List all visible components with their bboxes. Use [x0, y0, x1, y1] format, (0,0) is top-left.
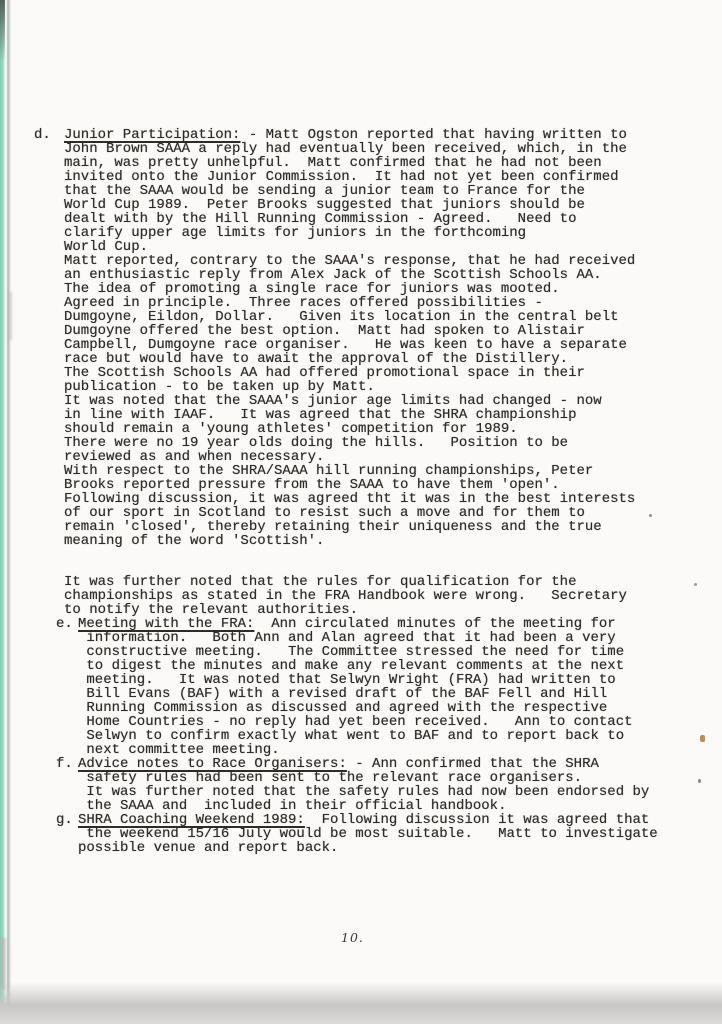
text-line: Agreed in principle. Three races offered… [64, 296, 635, 310]
item-f-lead-line: Advice notes to Race Organisers: - Ann c… [78, 757, 649, 771]
text-line: in line with IAAF. It was agreed that th… [64, 408, 635, 422]
minute-item-d: d. Junior Participation: - Matt Ogston r… [34, 128, 722, 548]
ink-speck [700, 735, 705, 742]
minute-item-f: f. Advice notes to Race Organisers: - An… [56, 757, 722, 813]
text-line: The idea of promoting a single race for … [64, 282, 635, 296]
page-number: 10. [341, 930, 364, 945]
item-d-body: Junior Participation: - Matt Ogston repo… [64, 128, 635, 548]
text-line: clarify upper age limits for juniors in … [64, 226, 635, 240]
minute-item-e: e. Meeting with the FRA: Ann circulated … [56, 617, 722, 757]
scanned-minutes-page: d. Junior Participation: - Matt Ogston r… [0, 0, 722, 1024]
ink-speck [649, 514, 652, 517]
item-f-marker: f. [56, 757, 78, 771]
text-line: the weekend 15/16 July would be most sui… [78, 827, 658, 841]
text-line: to digest the minutes and make any relev… [78, 659, 633, 673]
text-line: Selwyn to confirm exactly what went to B… [78, 729, 633, 743]
text-line: next committee meeting. [78, 743, 633, 757]
text-line: safety rules had been sent to the releva… [78, 771, 649, 785]
text-line: the SAAA and included in their official … [78, 799, 649, 813]
text-line: main, was pretty unhelpful. Matt confirm… [64, 156, 635, 170]
text-line: With respect to the SHRA/SAAA hill runni… [64, 464, 635, 478]
text-line: The Scottish Schools AA had offered prom… [64, 366, 635, 380]
item-e-body: Meeting with the FRA: Ann circulated min… [78, 617, 633, 757]
text-line: World Cup 1989. Peter Brooks suggested t… [64, 198, 635, 212]
page-bottom-shadow [0, 982, 722, 1024]
text-line: should remain a 'young athletes' competi… [64, 422, 635, 436]
item-f-body: Advice notes to Race Organisers: - Ann c… [78, 757, 649, 813]
binding-top-shadow [0, 0, 5, 62]
ink-speck [694, 583, 697, 586]
text-line: race but would have to await the approva… [64, 352, 635, 366]
text-line: an enthusiastic reply from Alex Jack of … [64, 268, 635, 282]
text-line: It was further noted that the rules for … [64, 575, 722, 589]
text-line: reviewed as and when necessary. [64, 450, 635, 464]
item-d-lines: John Brown SAAA a reply had eventually b… [64, 142, 635, 548]
text-line: that the SAAA would be sending a junior … [64, 184, 635, 198]
text-line: Dumgoyne offered the best option. Matt h… [64, 324, 635, 338]
text-line: invited onto the Junior Commission. It h… [64, 170, 635, 184]
item-d-marker: d. [34, 128, 64, 142]
text-line: constructive meeting. The Committee stre… [78, 645, 633, 659]
text-line: Home Countries - no reply had yet been r… [78, 715, 633, 729]
text-line: It was further noted that the safety rul… [78, 785, 649, 799]
item-g-lead-line: SHRA Coaching Weekend 1989: Following di… [78, 813, 658, 827]
text-line: Bill Evans (BAF) with a revised draft of… [78, 687, 633, 701]
text-line: dealt with by the Hill Running Commissio… [64, 212, 635, 226]
text-line: meaning of the word 'Scottish'. [64, 534, 635, 548]
item-g-marker: g. [56, 813, 78, 827]
qualification-note-paragraph: It was further noted that the rules for … [64, 575, 722, 617]
text-line: to notify the relevant authorities. [64, 603, 722, 617]
item-e-lead-line: Meeting with the FRA: Ann circulated min… [78, 617, 633, 631]
text-line: possible venue and report back. [78, 841, 658, 855]
ink-speck [698, 779, 701, 783]
item-g-lines: the weekend 15/16 July would be most sui… [78, 827, 658, 855]
item-f-lines: safety rules had been sent to the releva… [78, 771, 649, 813]
typewritten-text-block: d. Junior Participation: - Matt Ogston r… [0, 128, 722, 855]
item-e-marker: e. [56, 617, 78, 631]
text-line: It was noted that the SAAA's junior age … [64, 394, 635, 408]
text-line: information. Both Ann and Alan agreed th… [78, 631, 633, 645]
text-line: of our sport in Scotland to resist such … [64, 506, 635, 520]
text-line: There were no 19 year olds doing the hil… [64, 436, 635, 450]
text-line: publication - to be taken up by Matt. [64, 380, 635, 394]
text-line: Running Commission as discussed and agre… [78, 701, 633, 715]
text-line: meeting. It was noted that Selwyn Wright… [78, 673, 633, 687]
item-g-body: SHRA Coaching Weekend 1989: Following di… [78, 813, 658, 855]
minute-item-g: g. SHRA Coaching Weekend 1989: Following… [56, 813, 722, 855]
text-line: John Brown SAAA a reply had eventually b… [64, 142, 635, 156]
text-line: Dumgoyne, Eildon, Dollar. Given its loca… [64, 310, 635, 324]
text-line: Following discussion, it was agreed tht … [64, 492, 635, 506]
text-line: Campbell, Dumgoyne race organiser. He wa… [64, 338, 635, 352]
item-e-lines: information. Both Ann and Alan agreed th… [78, 631, 633, 757]
text-line: World Cup. [64, 240, 635, 254]
text-line: remain 'closed', thereby retaining their… [64, 520, 635, 534]
text-line: Matt reported, contrary to the SAAA's re… [64, 254, 635, 268]
text-line: Brooks reported pressure from the SAAA t… [64, 478, 635, 492]
text-line: championships as stated in the FRA Handb… [64, 589, 722, 603]
item-d-lead-line: Junior Participation: - Matt Ogston repo… [64, 128, 635, 142]
